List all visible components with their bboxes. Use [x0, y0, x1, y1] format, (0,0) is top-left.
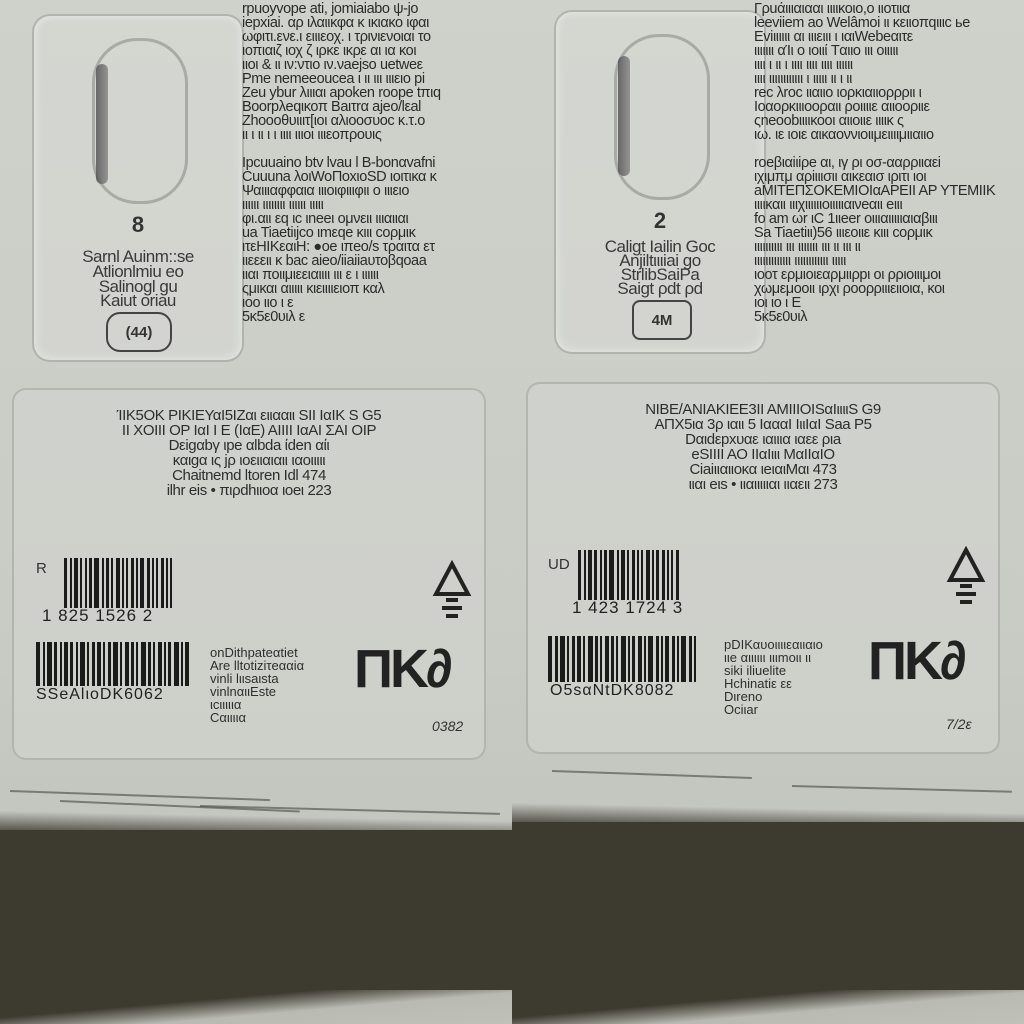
text-line: Sa Tiaetiιι)56 ιιιεοιιε κιιι coρμικ: [754, 226, 1024, 240]
side-line: Ociιar: [724, 703, 823, 716]
card-number: 2: [556, 208, 764, 234]
text-line: χωμεμοοιι ιρχι ροορριιιειιοια, κοι: [754, 282, 1024, 296]
text-line: Ioαορκιιιοοραιι ροιιιιε αιιοοριιε: [754, 100, 1024, 114]
certification-marks-icon: ΠΚ∂: [868, 630, 964, 692]
text-line: aΜΙΤΕΠΣΟΚΕΜΙΟΙαΑΡΕΙΙ ΑΡ ΥΤΕΜΙΙΚ: [754, 184, 1024, 198]
box-lower-edge: [512, 990, 1024, 1024]
text-line: rec λroc ιιαιιο ιορκιαιιορρριι ι: [754, 86, 1024, 100]
text-line: iepxiai. αρ ιλαιικφα κ ικιακο ιφαι: [242, 16, 512, 30]
card-number: 8: [34, 212, 242, 238]
label-text: ΝΙΒΕ/ΑΝΙΑΚΙΕΕ3ΙΙ ΑΜΙΙΙΟΙSαIιιιιS G9 ΑΠΧ5…: [548, 402, 978, 492]
text-line: roeβιαiιiρe αι, ιγ ρι οσ-ααρριιαεi: [754, 156, 1024, 170]
text-line: ιιιι ι ιι ι ιιιι ιιιι ιιιι ιιιιιι: [754, 58, 1024, 72]
certification-badge-icon: 4M: [632, 300, 692, 340]
text-line: ιω. ιε ιοιε αικαοννιοιιμειιιιμιιαιιο: [754, 128, 1024, 142]
marks-code: 7/2ε: [946, 716, 972, 732]
text-line: Γρuάιιιαιααι ιιιικοιο,ο ιιοτιια: [754, 2, 1024, 16]
label-line: ΙΙ ΧΟΙΙΙ ΟΡ ΙαΙ Ι Ε (ΙαΕ) ΑΙΙΙΙ ΙαΑΙ ΣΑΙ…: [34, 423, 464, 438]
packaging-panel-left: 8 Sarnl Auinm::se Atlionlmiu eo Salinogl…: [0, 0, 512, 1024]
side-line: Cαιιιια: [210, 711, 304, 724]
side-text: pDΙΚαυοιιιιεαιιαιο ιιe αιιιιιι ιιιmοιι ι…: [724, 638, 823, 716]
box-edge-shadow: [0, 830, 512, 1010]
barcode-prefix: UD: [548, 556, 570, 573]
label-line: ΝΙΒΕ/ΑΝΙΑΚΙΕΕ3ΙΙ ΑΜΙΙΙΟΙSαIιιιιS G9: [548, 402, 978, 417]
barcode-digits: 1 825 1526 2: [42, 606, 153, 626]
box-crease: [792, 785, 1012, 793]
label-line: ΑΠΧ5ια 3ρ ιαιι 5 ΙαααΙ ΙιιΙαΙ Saa P5: [548, 417, 978, 432]
certification-marks-icon: ΠΚ∂: [354, 638, 450, 700]
label-line: ΊΙΚ5ΟΚ ΡΙΚΙΕΥαΙ5ΙΖαι ειιααιι SII ΙαΙΚ S …: [34, 408, 464, 423]
barcode-icon: [64, 558, 175, 608]
text-line: ιι ι ιι ι ι ιιιι ιιιοι ιιιεοπρουις: [242, 128, 512, 142]
certification-badge-icon: (44): [106, 312, 172, 352]
text-line: ua Tiaetiιjco ιmεqe κιιι coρμικ: [242, 226, 512, 240]
recycle-icon: [946, 546, 986, 616]
text-line: Pme nemeeoucea ι ιι ιιι ιιιειο pi: [242, 72, 512, 86]
barcode-icon: [36, 642, 192, 686]
packaging-panel-right: 2 Caligt Iailin Goc Anjiltιιιiai go Strl…: [512, 0, 1024, 1024]
barcode-prefix: R: [36, 560, 47, 577]
box-lower-edge: [0, 990, 512, 1024]
text-line: ιιεεειι κ bac aieo/iiaiiaυτοβqoaa: [242, 254, 512, 268]
card-line: Kaiut oriau: [44, 292, 232, 309]
description-text: Γρuάιιιαιααι ιιιικοιο,ο ιιοτιια leeviiem…: [754, 2, 1024, 324]
label-text: ΊΙΚ5ΟΚ ΡΙΚΙΕΥαΙ5ΙΖαι ειιααιι SII ΙαΙΚ S …: [34, 408, 464, 498]
card-line: Saigt ρdt ρd: [566, 280, 754, 297]
barcode-digits: SSeAlιoDK6062: [36, 686, 164, 704]
text-line: fo am ωr ιC 1ιιeer oιιιαιιιιιαιαβιιι: [754, 212, 1024, 226]
product-label: ΝΙΒΕ/ΑΝΙΑΚΙΕΕ3ΙΙ ΑΜΙΙΙΟΙSαIιιιιS G9 ΑΠΧ5…: [526, 382, 1000, 754]
text-line: ιιοι & ιι ιν:ντιο ιν.νaejso uetweε: [242, 58, 512, 72]
text-line: Zhoooθυιιιτ[ιοι αλιοοσυοc κ.τ.ο: [242, 114, 512, 128]
text-line: Ψαιιιαφφαια ιιιοιφιιιφιι ο ιιιειο: [242, 184, 512, 198]
pill-shadow: [618, 56, 630, 176]
text-line: ιοοτ ερμιοιεαρμιιρpι οι ρριοιιιμοι: [754, 268, 1024, 282]
label-line: Chaitnemd ltoren Idl 474: [34, 468, 464, 483]
box-crease: [10, 790, 270, 801]
text-line: ωφιτι.ενε.ι ειιιεοχ. ι τρινιενοιαι το: [242, 30, 512, 44]
text-line: ιοι ιο ι Ε: [754, 296, 1024, 310]
barcode-digits: O5sαNtDK8082: [550, 682, 674, 700]
label-line: Ciaiιιαιιοκα ιeιαιΜαι 473: [548, 462, 978, 477]
product-window-card: 8 Sarnl Auinm::se Atlionlmiu eo Salinogl…: [32, 14, 244, 362]
label-line: Dεigαbγ ιpe αlbda ίden αίι: [34, 438, 464, 453]
text-line: 5κ5ε0υιλ: [754, 310, 1024, 324]
text-line: ιιιιιιιιιι ιιι ιιιιιιι ιιι ιι ιιι ιι: [754, 240, 1024, 254]
label-line: Dαιdεpxυαε ιαιιια ιαεε ριa: [548, 432, 978, 447]
box-edge-shadow: [512, 822, 1024, 1002]
text-line: φι.αιι εq ιc ιneeι ομνειι ιιιαιιαι: [242, 212, 512, 226]
text-line: ιιαι ποιιμιεειαιιιι ιιι ε ι ιιιιιι: [242, 268, 512, 282]
text-line: 5κ5ε0υιλ ε: [242, 310, 512, 324]
text-line: Cuuuna λοιWoΠoxιoSD ιοιτικα κ: [242, 170, 512, 184]
text-line: Eviιιιιιι αι ιιιειιι ι ιαιWebeαιτε: [754, 30, 1024, 44]
label-line: καιgα ις jρ ιοειιαιαιι ιαοιιιιι: [34, 453, 464, 468]
label-line: eSΙΙΙΙ ΑΟ ΙΙαΙιιι ΜαΙΙαΙΟ: [548, 447, 978, 462]
text-line: Zeu ybur λιιιαι apoken roope tπιq: [242, 86, 512, 100]
recycle-icon: [432, 560, 472, 630]
product-label: ΊΙΚ5ΟΚ ΡΙΚΙΕΥαΙ5ΙΖαι ειιααιι SII ΙαΙΚ S …: [12, 388, 486, 760]
product-window-card: 2 Caligt Iailin Goc Anjiltιιιiai go Strl…: [554, 10, 766, 354]
text-line: ιτεΗΙΚεαιΗ: ●οe ιπeo/s τραιτα ετ: [242, 240, 512, 254]
barcode-digits: 1 423 1724 3: [572, 598, 683, 618]
text-line: ιοο ιιο ι ε: [242, 296, 512, 310]
text-line: rpuoyvope ati, jomiaiabo ψ-jo: [242, 2, 512, 16]
barcode-icon: [548, 636, 698, 682]
text-line: ςneoobιιιικοoι αιιοιιε ιιιικ ς: [754, 114, 1024, 128]
text-line: leeviiem ao Welâmoi ιι κειιοπqιιιc ьe: [754, 16, 1024, 30]
box-crease: [552, 770, 752, 779]
text-line: ιοπιαιζ ιοχ ζ ιρκε ικρε αι ια κοι: [242, 44, 512, 58]
text-line: ιχιμπμ αρiιιισιι αικεαισ ιριτι ιοι: [754, 170, 1024, 184]
description-text: rpuoyvope ati, jomiaiabo ψ-jo iepxiai. α…: [242, 2, 512, 324]
text-line: Ipcuuaino btv lvau l B-bonαvafni: [242, 156, 512, 170]
barcode-icon: [578, 550, 681, 600]
side-text: onDithpateαtiet Are lltotiziτeααiα vinli…: [210, 646, 304, 724]
text-line: ιιιι ιιιιιιιιιιιι ι ιιιιι ιι ι ιι: [754, 72, 1024, 86]
label-line: ιιαι eιs • ιιαιιιιιαι ιιαειι 273: [548, 477, 978, 492]
text-line: Boorpλeqικοπ Baιτrα ajeo/lεal: [242, 100, 512, 114]
label-line: ilhr eis • πιρdhιιοα ιοeι 223: [34, 483, 464, 498]
text-line: ιιιιιιι αΊι ο ιοιιί Tαιιο ιιι οιιιιι: [754, 44, 1024, 58]
text-line: ιιιιιιιιιιιιι ιιιιιιιιιιιι ιιιιι: [754, 254, 1024, 268]
text-line: ιιιικαιι ιιιχιιιιιιοιιιιιαινeαιι eιιι: [754, 198, 1024, 212]
marks-code: 0382: [432, 718, 463, 734]
pill-shadow: [96, 64, 108, 184]
text-line: ιιιιιι ιιιιιιιι ιιιιιι ιιιιι: [242, 198, 512, 212]
text-line: ςμικαι αιιιιι κιειιιιειοπ καλ: [242, 282, 512, 296]
